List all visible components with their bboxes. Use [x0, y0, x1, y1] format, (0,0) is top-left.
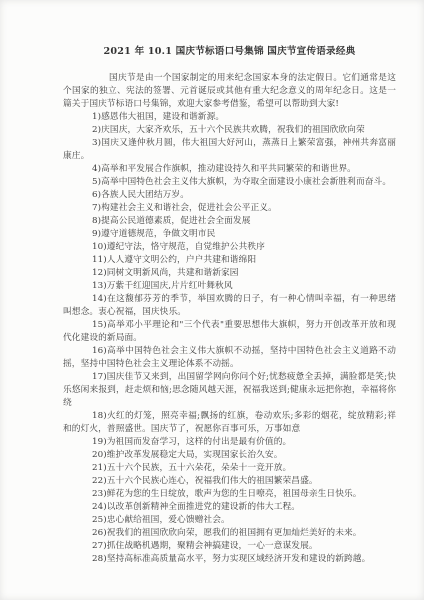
slogan-item: 13)万紫千红迎国庆,片片红叶舞秋风	[63, 280, 396, 293]
slogan-item: 19)为祖国而发奋学习，这样的付出是最有价值的。	[63, 436, 396, 449]
document-content: 2021 年 10.1 国庆节标语口号集锦 国庆节宣传语录经典 国庆节是由一个国…	[0, 0, 424, 566]
slogan-item: 28)坚持高标准高质量高水平，努力实现区域经济开发和建设的新跨越。	[63, 553, 396, 566]
slogan-item: 11)人人遵守文明公约，户户共建和谐绵阳	[63, 254, 396, 267]
slogan-item: 6)各族人民大团结万岁。	[63, 189, 396, 202]
slogan-item: 8)提高公民道德素质，促进社会全面发展	[63, 215, 396, 228]
slogan-item: 14)在这馥郁芬芳的季节，举国欢腾的日子，有一种心情叫幸福，有一种思绪叫想念。衷…	[63, 293, 396, 319]
slogan-item: 24)以改革创新精神全面推进党的建设新的伟大工程。	[63, 501, 396, 514]
slogan-item: 25)忠心献给祖国，爱心馈赠社会。	[63, 514, 396, 527]
slogan-item: 2)庆国庆，大家齐欢乐，五十六个民族共欢腾，祝我们的祖国欣欣向荣	[63, 124, 396, 137]
slogan-item: 27)抓住战略机遇期，聚精会神搞建设，一心一意谋发展。	[63, 540, 396, 553]
slogan-item: 7)构建社会主义和谐社会，促进社会公平正义。	[63, 202, 396, 215]
slogan-item: 5)高举中国特色社会主义伟大旗帜，为夺取全面建设小康社会新胜利而奋斗。	[63, 176, 396, 189]
document-page: 2021 年 10.1 国庆节标语口号集锦 国庆节宣传语录经典 国庆节是由一个国…	[0, 0, 424, 600]
slogan-item: 9)遵守道德规范，争做文明市民	[63, 228, 396, 241]
slogan-item: 20)维护改革发展稳定大局，实现国家长治久安。	[63, 449, 396, 462]
slogan-item: 10)遵纪守法，恪守规范，自觉维护公共秩序	[63, 241, 396, 254]
slogan-item: 18)火红的灯笼，照亮幸福;飘扬的红旗，卷动欢乐;多彩的烟花，绽放精彩;祥和的灯…	[63, 410, 396, 436]
document-title: 2021 年 10.1 国庆节标语口号集锦 国庆节宣传语录经典	[63, 45, 396, 58]
slogan-item: 15)高举邓小平理论和"三个代表"重要思想伟大旗帜，努力开创改革开放和现代化建设…	[63, 319, 396, 345]
slogan-item: 3)国庆又逢仲秋月圆，伟大祖国大好河山，蒸蒸日上繁荣富强，神州共奔富丽康庄。	[63, 137, 396, 163]
slogan-item: 21)五十六个民族，五十六朵花，朵朵十一竞开放。	[63, 462, 396, 475]
slogan-item: 23)鲜花为您的生日绽放，歌声为您的生日嘹亮，祖国母亲生日快乐。	[63, 488, 396, 501]
slogan-item: 22)五十六个民族心连心，祝福我们伟大的祖国繁荣昌盛。	[63, 475, 396, 488]
slogan-item: 16)高举中国特色社会主义伟大旗帜不动摇，坚持中国特色社会主义道路不动摇，坚持中…	[63, 345, 396, 371]
slogan-item: 26)祝我们的祖国欣欣向荣，愿我们的祖国拥有更加灿烂美好的未来。	[63, 527, 396, 540]
intro-paragraph: 国庆节是由一个国家制定的用来纪念国家本身的法定假日。它们通常是这个国家的独立、宪…	[63, 72, 396, 111]
slogan-item: 4)高举和平发展合作旗帜，推动建设持久和平共同繁荣的和谐世界。	[63, 163, 396, 176]
slogan-item: 17)国庆佳节又来到，出国留学网向你问个好;忧愁疲惫全丢掉，满脸都是笑;快乐悠闲…	[63, 371, 396, 410]
slogan-item: 12)同树文明新风尚，共建和谐新家园	[63, 267, 396, 280]
slogan-item: 1)感恩伟大祖国，建设和谐新源。	[63, 111, 396, 124]
